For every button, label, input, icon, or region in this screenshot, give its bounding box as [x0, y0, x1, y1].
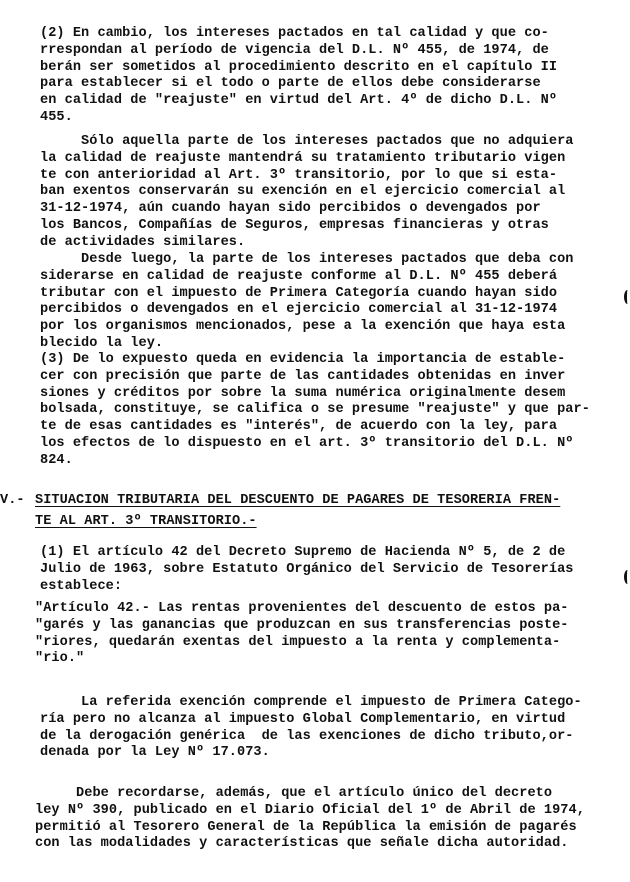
text-line: "rio." — [35, 651, 625, 668]
paragraph-1-articulo-42: (1) El artículo 42 del Decreto Supremo d… — [40, 545, 630, 595]
section-heading-line-2: TE AL ART. 3º TRANSITORIO.- — [35, 514, 257, 529]
margin-punch-mark — [624, 290, 630, 304]
text-line: (1) El artículo 42 del Decreto Supremo d… — [40, 545, 630, 562]
section-number: V.- — [0, 493, 25, 508]
text-line: en calidad de "reajuste" en virtud del A… — [40, 93, 630, 110]
text-line: los Bancos, Compañías de Seguros, empres… — [40, 218, 630, 235]
text-line: rrespondan al período de vigencia del D.… — [40, 43, 630, 60]
text-line: 31-12-1974, aún cuando hayan sido percib… — [40, 201, 630, 218]
text-line: establece: — [40, 579, 630, 596]
paragraph-debe-recordarse: Debe recordarse, además, que el artículo… — [35, 786, 625, 853]
text-line: "garés y las ganancias que produzcan en … — [35, 618, 625, 635]
section-heading-line-1: SITUACION TRIBUTARIA DEL DESCUENTO DE PA… — [35, 493, 560, 508]
text-line: percibidos o devengados en el ejercicio … — [40, 302, 630, 319]
quote-articulo-42: "Artículo 42.- Las rentas provenientes d… — [35, 601, 625, 668]
text-line: Desde luego, la parte de los intereses p… — [40, 252, 630, 269]
text-line: de la derogación genérica de las exencio… — [40, 729, 630, 746]
text-line: siderarse en calidad de reajuste conform… — [40, 269, 630, 286]
text-line: bolsada, constituye, se califica o se pr… — [40, 402, 630, 419]
text-line: blecido la ley. — [40, 336, 630, 353]
text-line: La referida exención comprende el impues… — [40, 695, 630, 712]
text-line: permitió al Tesorero General de la Repúb… — [35, 820, 625, 837]
text-line: con las modalidades y características qu… — [35, 836, 625, 853]
document-page: (2) En cambio, los intereses pactados en… — [0, 0, 630, 882]
text-line: cer con precisión que parte de las canti… — [40, 369, 630, 386]
text-line: Debe recordarse, además, que el artículo… — [35, 786, 625, 803]
text-line: "riores, quedarán exentas del impuesto a… — [35, 635, 625, 652]
paragraph-referida-exencion: La referida exención comprende el impues… — [40, 695, 630, 762]
text-line: (2) En cambio, los intereses pactados en… — [40, 26, 630, 43]
text-line: ría pero no alcanza al impuesto Global C… — [40, 712, 630, 729]
text-line: denada por la Ley Nº 17.073. — [40, 745, 630, 762]
text-line: 824. — [40, 453, 630, 470]
text-line: (3) De lo expuesto queda en evidencia la… — [40, 352, 630, 369]
text-line: 455. — [40, 110, 630, 127]
paragraph-2-en-cambio: (2) En cambio, los intereses pactados en… — [40, 26, 630, 127]
margin-punch-mark — [624, 570, 630, 584]
text-line: te de esas cantidades es "interés", de a… — [40, 419, 630, 436]
text-line: por los organismos mencionados, pese a l… — [40, 319, 630, 336]
paragraph-solo-aquella: Sólo aquella parte de los intereses pact… — [40, 134, 630, 252]
paragraph-3-expuesto: (3) De lo expuesto queda en evidencia la… — [40, 352, 630, 470]
text-line: para establecer si el todo o parte de el… — [40, 76, 630, 93]
text-line: los efectos de lo dispuesto en el art. 3… — [40, 436, 630, 453]
text-line: la calidad de reajuste mantendrá su trat… — [40, 151, 630, 168]
text-line: "Artículo 42.- Las rentas provenientes d… — [35, 601, 625, 618]
text-line: Sólo aquella parte de los intereses pact… — [40, 134, 630, 151]
text-line: de actividades similares. — [40, 235, 630, 252]
text-line: Julio de 1963, sobre Estatuto Orgánico d… — [40, 562, 630, 579]
text-line: berán ser sometidos al procedimiento des… — [40, 60, 630, 77]
text-line: ley Nº 390, publicado en el Diario Ofici… — [35, 803, 625, 820]
text-line: te con anterioridad al Art. 3º transitor… — [40, 168, 630, 185]
text-line: ban exentos conservarán su exención en e… — [40, 184, 630, 201]
text-line: tributar con el impuesto de Primera Cate… — [40, 286, 630, 303]
paragraph-desde-luego: Desde luego, la parte de los intereses p… — [40, 252, 630, 353]
text-line: siones y créditos por sobre la suma numé… — [40, 386, 630, 403]
